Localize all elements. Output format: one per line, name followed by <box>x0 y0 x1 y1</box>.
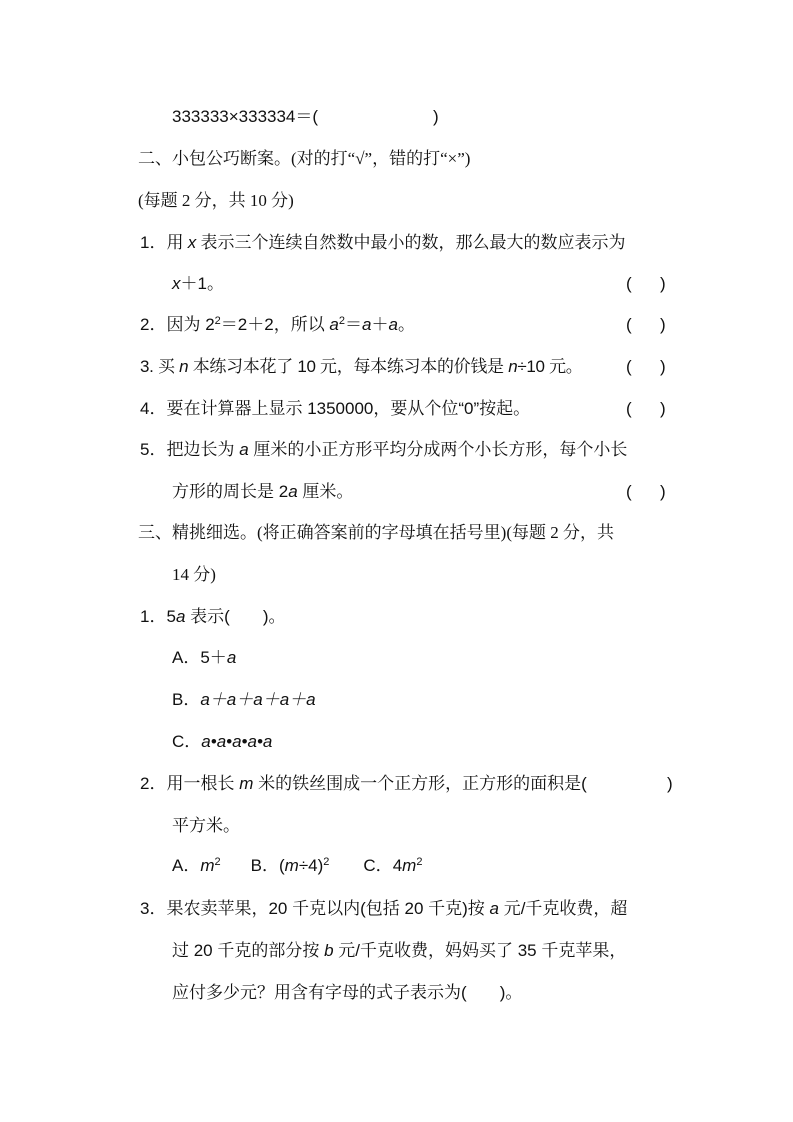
s2-item-4: 4．要在计算器上显示 1350000，要从个位“0”按起。 <box>140 398 530 420</box>
variable: x <box>172 274 181 293</box>
item-number: 2． <box>140 315 166 334</box>
answer-box-4[interactable]: ( ) <box>626 398 666 420</box>
s2-item-2: 2．因为 22＝2＋2，所以 a2＝a＋a。 <box>140 314 415 336</box>
variable: x <box>188 233 197 252</box>
question-number: 2． <box>140 774 166 793</box>
section3-title: 三、精挑细选。(将正确答案前的字母填在括号里)(每题 2 分，共 <box>138 522 614 544</box>
item-number: 4． <box>140 399 166 418</box>
q2-options-row: A．m2B．(m÷4)2C．4m2 <box>172 855 422 877</box>
question-text: 元/千克收费，超 <box>499 899 627 918</box>
answer-blank-close: ) <box>667 773 673 795</box>
option-label: C． <box>172 732 201 751</box>
answer-blank-close: ) <box>433 106 439 128</box>
question-text: 用一根长 <box>166 774 239 793</box>
item-text: 方形的周长是 2 <box>172 482 288 501</box>
s3-question-1: 1．5a 表示( )。 <box>140 606 286 628</box>
carryover-expression: 333333×333334＝( <box>172 106 318 128</box>
item-text: 买 <box>154 357 180 376</box>
variable: a <box>176 607 185 626</box>
question-text: 表示( )。 <box>185 607 285 626</box>
variable: m <box>285 856 299 875</box>
s3-question-3-line3: 应付多少元？用含有字母的式子表示为( )。 <box>172 982 522 1004</box>
item-text: 要在计算器上显示 1350000，要从个位“0”按起。 <box>166 399 530 418</box>
item-text: 本练习本花了 10 元，每本练习本的价钱是 <box>188 357 508 376</box>
option-text: ÷4) <box>299 856 323 875</box>
option-text: a•a•a•a•a <box>201 732 272 751</box>
question-text: 过 20 千克的部分按 <box>172 941 324 960</box>
answer-box-5[interactable]: ( ) <box>626 481 666 503</box>
item-text: 。 <box>398 315 415 334</box>
question-text: 5 <box>166 607 175 626</box>
s2-item-1-line2: x＋1。 <box>172 273 224 295</box>
variable: m <box>402 856 416 875</box>
variable: b <box>324 941 333 960</box>
variable: m <box>200 856 214 875</box>
superscript: 2 <box>416 856 422 868</box>
item-text: 厘米。 <box>298 482 354 501</box>
option-label: A． <box>172 856 200 875</box>
q1-option-a[interactable]: A．5＋a <box>172 647 236 669</box>
s2-item-3: 3. 买 n 本练习本花了 10 元，每本练习本的价钱是 n÷10 元。 <box>140 356 583 378</box>
question-text: 米的铁丝围成一个正方形，正方形的面积是( <box>253 774 586 793</box>
item-text: ＝ <box>345 315 362 334</box>
expression-text: 333333×333334＝( <box>172 107 318 126</box>
q1-option-c[interactable]: C．a•a•a•a•a <box>172 731 272 753</box>
item-text: 因为 2 <box>166 315 214 334</box>
question-text: 果农卖苹果，20 千克以内(包括 20 千克)按 <box>166 899 489 918</box>
s3-question-2: 2．用一根长 m 米的铁丝围成一个正方形，正方形的面积是( <box>140 773 587 795</box>
answer-box-3[interactable]: ( ) <box>626 356 666 378</box>
question-number: 3． <box>140 899 166 918</box>
item-number: 3. <box>140 357 154 376</box>
option-text: a＋a＋a＋a＋a <box>200 690 315 709</box>
option-text: 4 <box>393 856 402 875</box>
section2-title: 二、小包公巧断案。(对的打“√”，错的打“×”) <box>138 148 470 170</box>
option-label: B． <box>172 690 200 709</box>
s3-question-2-line2: 平方米。 <box>172 815 240 837</box>
item-text: 把边长为 <box>166 440 239 459</box>
section2-scoring: (每题 2 分，共 10 分) <box>138 190 294 212</box>
option-text: 5＋ <box>200 648 226 667</box>
item-text: 厘米的小正方形平均分成两个小长方形，每个小长 <box>249 440 628 459</box>
item-text: 表示三个连续自然数中最小的数，那么最大的数应表示为 <box>196 233 625 252</box>
variable: a <box>288 482 297 501</box>
option-label: A． <box>172 648 200 667</box>
answer-box-2[interactable]: ( ) <box>626 314 666 336</box>
superscript: 2 <box>215 856 221 868</box>
q2-option-c[interactable]: C．4m2 <box>363 856 422 875</box>
option-label: C． <box>363 856 392 875</box>
q2-option-b[interactable]: B．(m÷4)2 <box>251 856 330 875</box>
variable: a <box>490 899 499 918</box>
item-text: ＋ <box>371 315 388 334</box>
variable: a <box>239 440 248 459</box>
item-text: ＝2＋2，所以 <box>221 315 330 334</box>
variable: n <box>508 357 517 376</box>
item-text: ÷10 元。 <box>517 357 582 376</box>
q1-option-b[interactable]: B．a＋a＋a＋a＋a <box>172 689 316 711</box>
variable: a <box>388 315 397 334</box>
variable: n <box>179 357 188 376</box>
q2-option-a[interactable]: A．m2 <box>172 856 221 875</box>
s2-item-5: 5．把边长为 a 厘米的小正方形平均分成两个小长方形，每个小长 <box>140 439 627 461</box>
variable: a <box>329 315 338 334</box>
answer-box-1[interactable]: ( ) <box>626 273 666 295</box>
s3-question-3-line2: 过 20 千克的部分按 b 元/千克收费，妈妈买了 35 千克苹果， <box>172 940 626 962</box>
s2-item-5-line2: 方形的周长是 2a 厘米。 <box>172 481 353 503</box>
item-number: 5． <box>140 440 166 459</box>
option-label: B． <box>251 856 279 875</box>
item-number: 1． <box>140 233 166 252</box>
variable: m <box>239 774 253 793</box>
section3-title-cont: 14 分) <box>172 564 216 586</box>
variable: a <box>227 648 236 667</box>
item-text: 用 <box>166 233 187 252</box>
s3-question-3: 3．果农卖苹果，20 千克以内(包括 20 千克)按 a 元/千克收费，超 <box>140 898 627 920</box>
s2-item-1: 1．用 x 表示三个连续自然数中最小的数，那么最大的数应表示为 <box>140 232 625 254</box>
superscript: 2 <box>323 856 329 868</box>
question-number: 1． <box>140 607 166 626</box>
question-text: 元/千克收费，妈妈买了 35 千克苹果， <box>334 941 627 960</box>
item-text: ＋1。 <box>181 274 224 293</box>
